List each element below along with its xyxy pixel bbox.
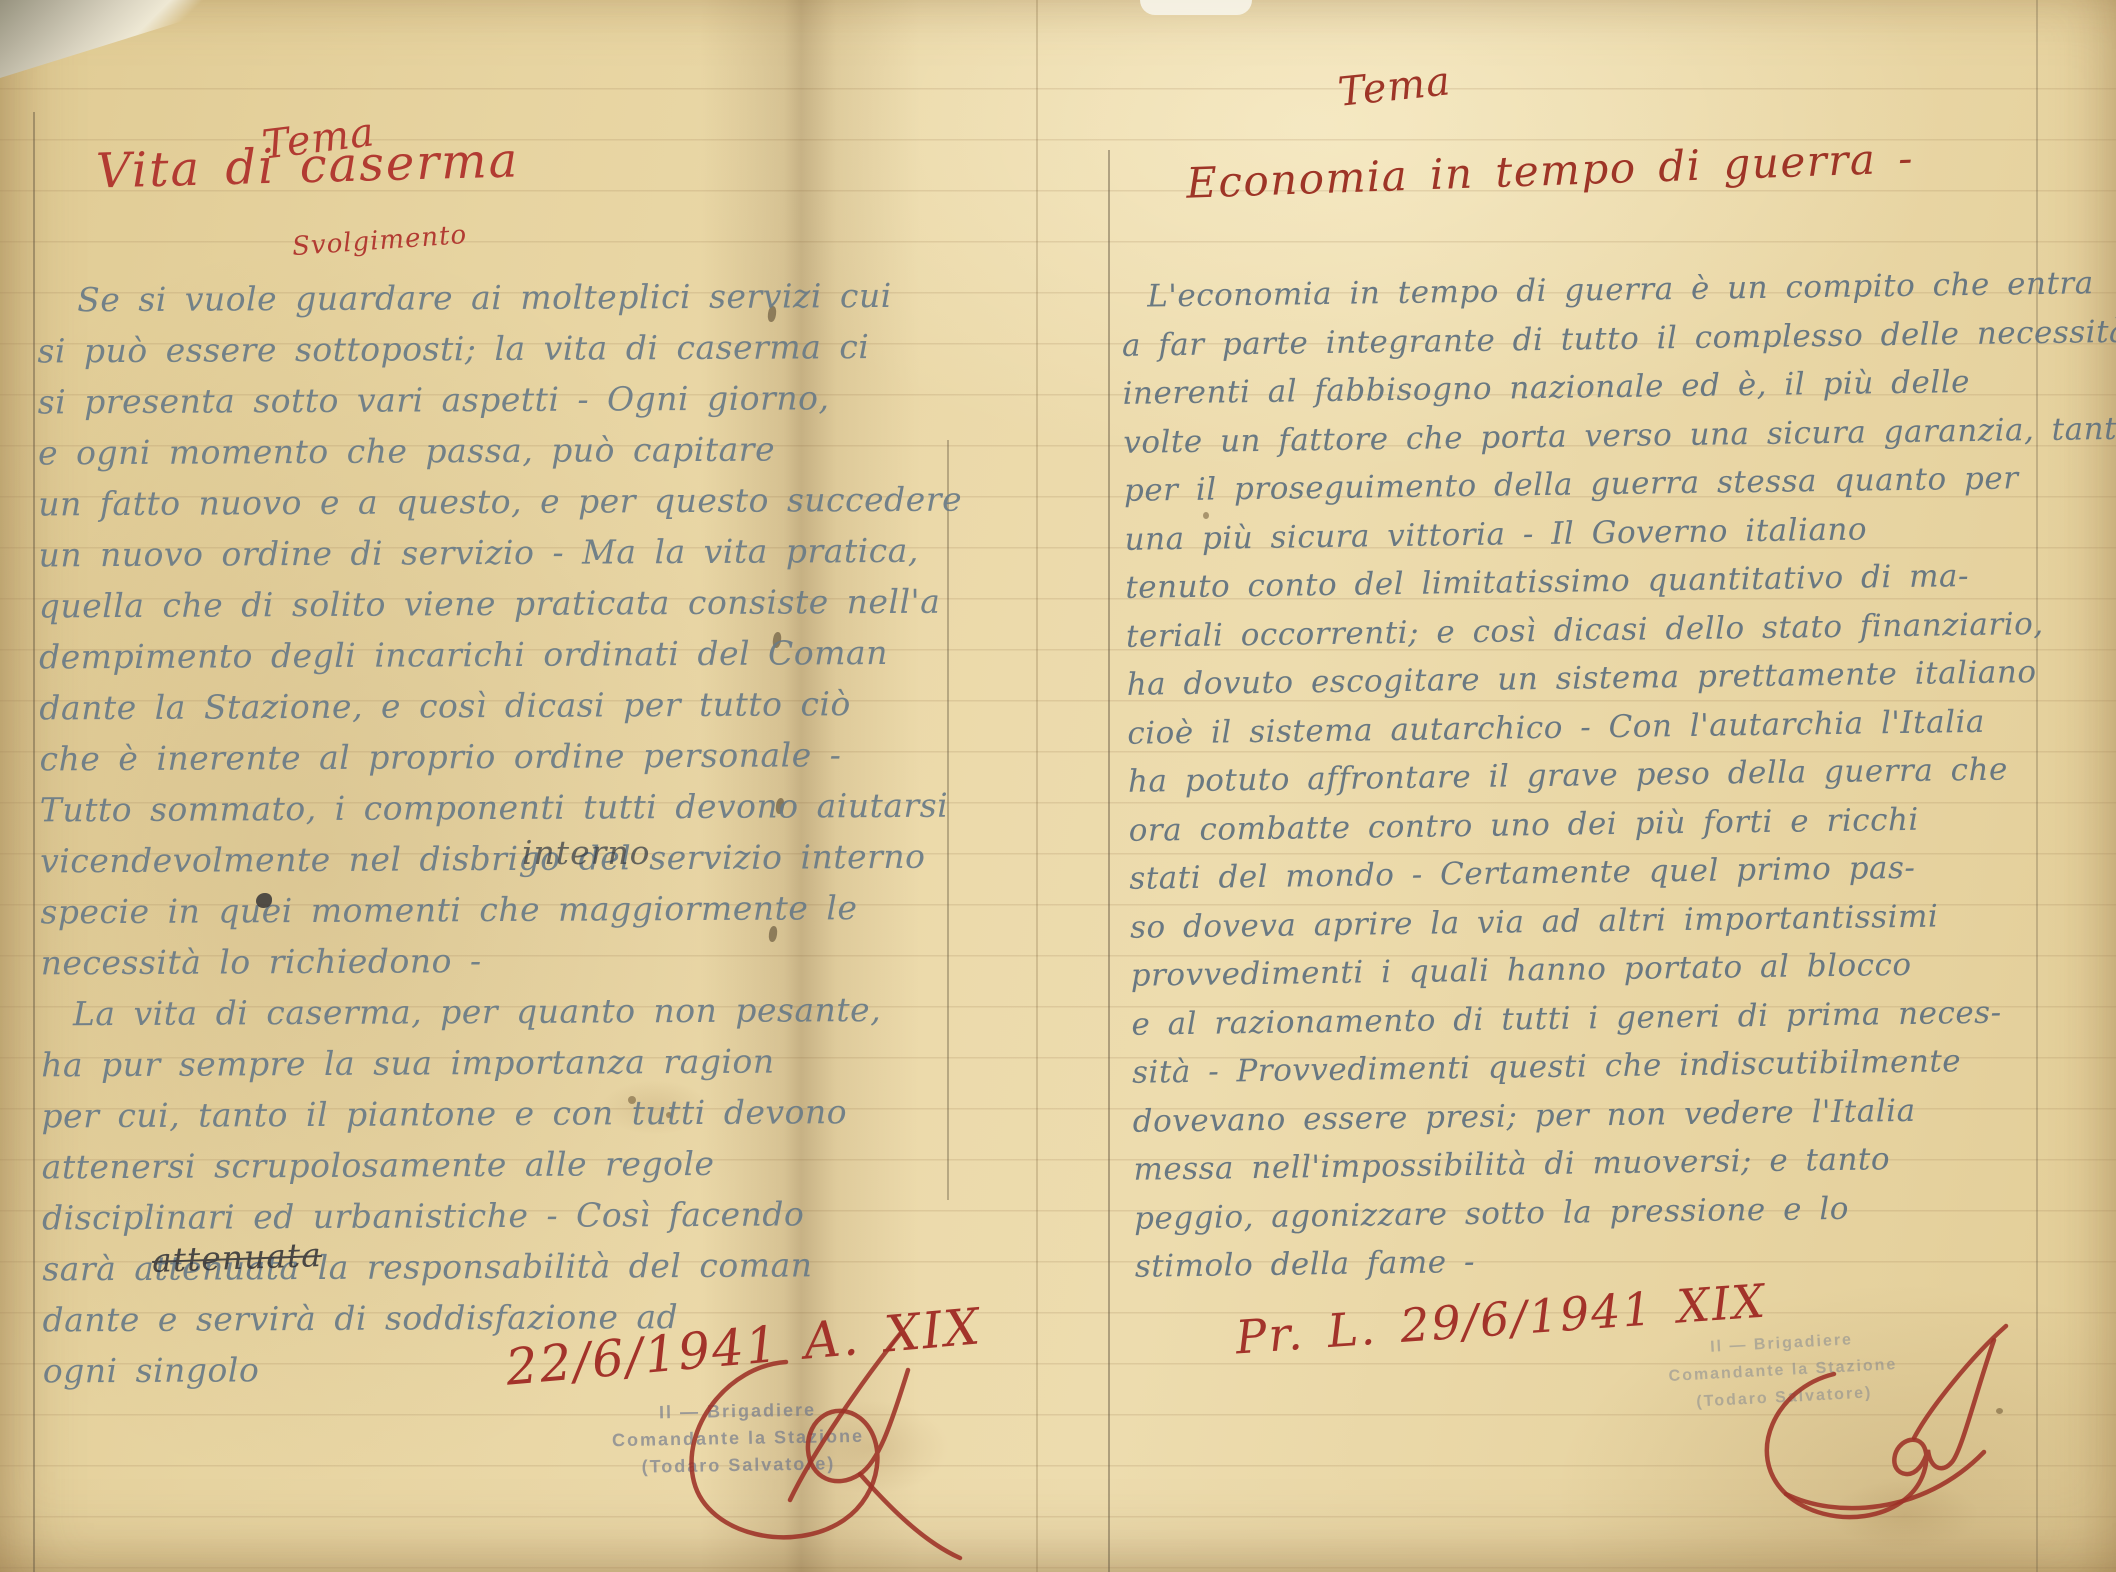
left-page-body: Se si vuole guardare ai molteplici servi…: [37, 270, 973, 1397]
right-page-body: L'economia in tempo di guerra è un compi…: [1121, 259, 2110, 1291]
handwritten-line: si può essere sottoposti; la vita di cas…: [37, 321, 967, 377]
scanned-document: Tema Vita di caserma Svolgimento Se si v…: [0, 0, 2116, 1572]
signature-flourish: [1684, 1322, 2024, 1544]
left-page-subheading: Svolgimento: [291, 220, 468, 262]
handwritten-line: specie in quei momenti che maggiormente …: [40, 882, 970, 938]
handwritten-line: disciplinari ed urbanistiche - Così face…: [42, 1188, 972, 1244]
handwritten-line: La vita di caserma, per quanto non pesan…: [41, 984, 971, 1040]
under-sheet-edge: [1036, 0, 1038, 1572]
handwritten-line: un fatto nuovo e a questo, e per questo …: [38, 474, 968, 530]
ink-blot: [256, 893, 272, 908]
right-page-title: Economia in tempo di guerra -: [1185, 133, 1914, 207]
handwritten-line: necessità lo richiedono -: [41, 933, 971, 989]
torn-corner: [0, 0, 250, 78]
left-page-margin-line: [33, 112, 35, 1572]
overwritten-word: attenuata: [151, 1235, 322, 1280]
right-page-heading: Tema: [1336, 58, 1453, 116]
handwritten-line: attenersi scrupolosamente alle regole: [42, 1137, 972, 1193]
top-edge-notch: [1140, 0, 1252, 15]
handwritten-line: Se si vuole guardare ai molteplici servi…: [37, 270, 967, 326]
handwritten-line: quella che di solito viene praticata con…: [39, 576, 969, 632]
handwritten-line: si presenta sotto vari aspetti - Ogni gi…: [38, 372, 968, 428]
handwritten-line: un nuovo ordine di servizio - Ma la vita…: [38, 525, 968, 581]
handwritten-line: e ogni momento che passa, può capitare: [38, 423, 968, 479]
signature-flourish: [608, 1332, 968, 1564]
handwritten-line: che è inerente al proprio ordine persona…: [39, 729, 969, 785]
overwritten-word: interno: [522, 833, 651, 872]
handwritten-line: dante la Stazione, e così dicasi per tut…: [39, 678, 969, 734]
handwritten-line: dempimento degli incarichi ordinati del …: [39, 627, 969, 683]
handwritten-line: vicendevolmente nel disbrigo del servizi…: [40, 831, 970, 887]
handwritten-line: per cui, tanto il piantone e con tutti d…: [41, 1086, 971, 1142]
handwritten-line: ha pur sempre la sua importanza ragion: [41, 1035, 971, 1091]
left-page-title: Vita di caserma: [95, 132, 520, 199]
right-page-margin-line: [1108, 150, 1110, 1572]
handwritten-line: Tutto sommato, i componenti tutti devono…: [40, 780, 970, 836]
